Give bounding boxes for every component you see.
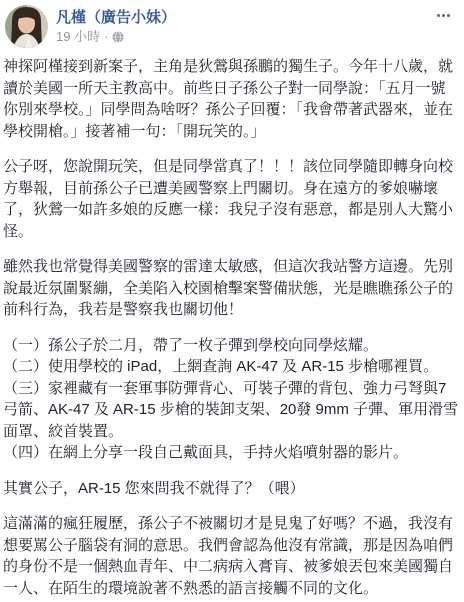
evidence-list-item: （三）家裡藏有一套軍事防彈背心、可裝子彈的背包、強力弓弩與7弓箭、AK-47 及…: [3, 378, 459, 443]
profile-avatar[interactable]: [5, 5, 48, 48]
post-meta: 19 小時 ·: [56, 29, 176, 45]
post-paragraph: 公子呀，您說開玩笑，但是同學當真了！！！該位同學隨即轉身向校方舉報，目前孫公子已…: [3, 156, 459, 242]
evidence-list-item: （二）使用學校的 iPad，上網查詢 AK-47 及 AR-15 步槍哪裡買。: [3, 356, 459, 378]
ellipsis-dot: [442, 14, 445, 17]
globe-icon: [112, 31, 124, 43]
post-paragraph: 神探阿槿接到新案子，主角是狄鶯與孫鵬的獨生子。今年十八歲，就讀於美國一所天主教高…: [3, 56, 459, 142]
post-header: 凡槿（廣告小妹） 19 小時 ·: [0, 0, 464, 54]
evidence-list-item: （四）在網上分享一段自己戴面具，手持火焰噴射器的影片。: [3, 442, 459, 464]
post-timestamp[interactable]: 19 小時: [56, 29, 100, 45]
ellipsis-dot: [437, 14, 440, 17]
avatar-photo: [5, 5, 48, 48]
post-header-info: 凡槿（廣告小妹） 19 小時 ·: [56, 5, 176, 45]
post-paragraph: 這滿滿的瘋狂履歷，孫公子不被關切才是見鬼了好嗎？不過，我沒有想要罵公子腦袋有洞的…: [3, 513, 459, 599]
ellipsis-dot: [447, 14, 450, 17]
author-name-link[interactable]: 凡槿（廣告小妹）: [56, 8, 176, 27]
post-body: 神探阿槿接到新案子，主角是狄鶯與孫鵬的獨生子。今年十八歲，就讀於美國一所天主教高…: [0, 54, 464, 599]
post-paragraph: 其實公子，AR-15 您來問我不就得了？（喂）: [3, 478, 459, 500]
evidence-list: （一）孫公子於二月，帶了一枚子彈到學校向同學炫耀。 （二）使用學校的 iPad，…: [3, 335, 459, 464]
evidence-list-item: （一）孫公子於二月，帶了一枚子彈到學校向同學炫耀。: [3, 335, 459, 357]
ellipsis-menu-button[interactable]: [435, 8, 452, 23]
post-paragraph: 雖然我也常覺得美國警察的雷達太敏感，但這次我站警方這邊。先別說最近氛圍緊繃，全美…: [3, 256, 459, 321]
meta-separator: ·: [104, 29, 108, 45]
facebook-post: 凡槿（廣告小妹） 19 小時 ·: [0, 0, 464, 602]
